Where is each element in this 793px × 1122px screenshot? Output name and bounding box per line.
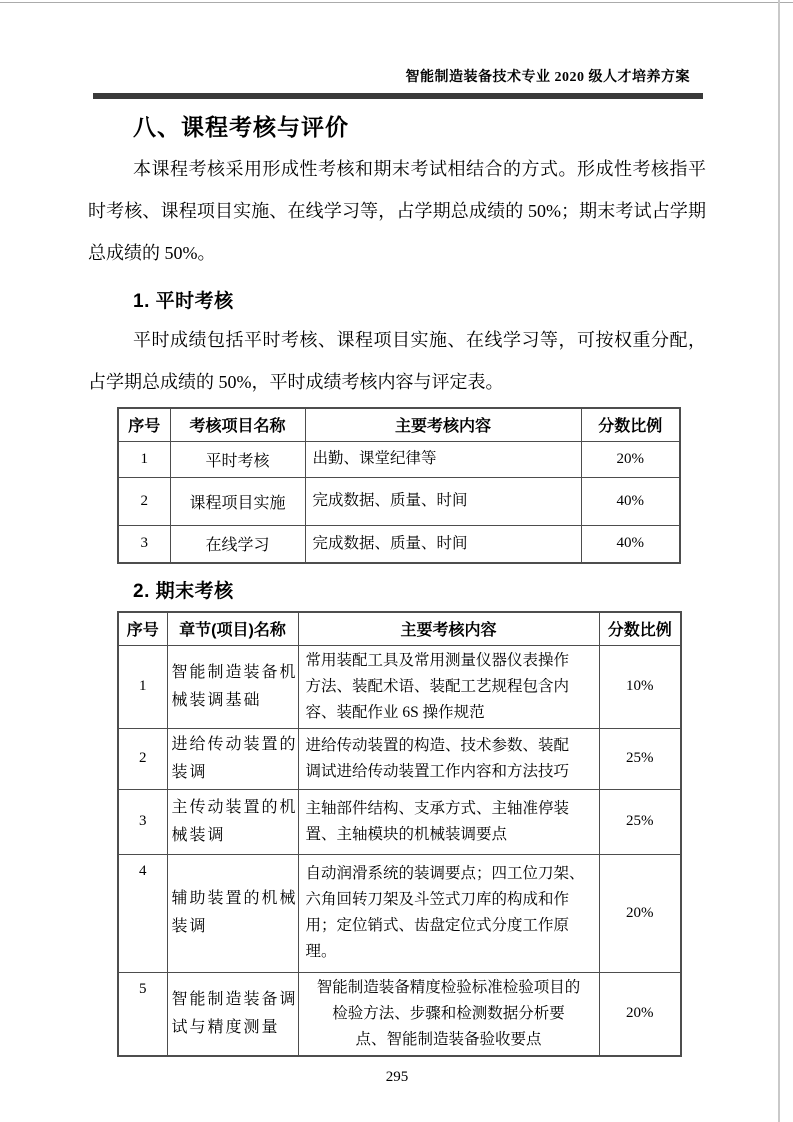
cell-index: 1 bbox=[118, 441, 170, 477]
cell-index: 3 bbox=[118, 789, 167, 854]
col-header-item-name: 考核项目名称 bbox=[170, 408, 305, 441]
cell-name: 智能制造装备调 试与精度测量 bbox=[167, 972, 298, 1056]
cell-ratio: 25% bbox=[599, 789, 681, 854]
table-row: 3 主传动装置的机 械装调 主轴部件结构、支承方式、主轴准停装 置、主轴模块的机… bbox=[118, 789, 681, 854]
final-assessment-table: 序号 章节(项目)名称 主要考核内容 分数比例 1 智能制造装备机 械装调基础 … bbox=[117, 611, 682, 1057]
table-row: 2 课程项目实施 完成数据、质量、时间 40% bbox=[118, 477, 680, 525]
col-header-ratio: 分数比例 bbox=[581, 408, 680, 441]
cell-ratio: 20% bbox=[581, 441, 680, 477]
page-number: 295 bbox=[88, 1069, 706, 1086]
col-header-content: 主要考核内容 bbox=[298, 612, 599, 645]
daily-assessment-table: 序号 考核项目名称 主要考核内容 分数比例 1 平时考核 出勤、课堂纪律等 20… bbox=[117, 407, 681, 564]
table-row: 1 平时考核 出勤、课堂纪律等 20% bbox=[118, 441, 680, 477]
cell-name: 主传动装置的机 械装调 bbox=[167, 789, 298, 854]
cell-ratio: 20% bbox=[599, 854, 681, 972]
cell-name: 进给传动装置的 装调 bbox=[167, 728, 298, 789]
table-row: 1 智能制造装备机 械装调基础 常用装配工具及常用测量仪器仪表操作 方法、装配术… bbox=[118, 645, 681, 728]
cell-index: 2 bbox=[118, 728, 167, 789]
table-header-row: 序号 章节(项目)名称 主要考核内容 分数比例 bbox=[118, 612, 681, 645]
cell-ratio: 40% bbox=[581, 477, 680, 525]
cell-name: 智能制造装备机 械装调基础 bbox=[167, 645, 298, 728]
final-assessment-heading: 2. 期末考核 bbox=[133, 576, 706, 603]
section-heading: 八、课程考核与评价 bbox=[133, 109, 706, 142]
cell-ratio: 10% bbox=[599, 645, 681, 728]
cell-name: 在线学习 bbox=[170, 525, 305, 563]
cell-index: 3 bbox=[118, 525, 170, 563]
cell-name: 辅助装置的机械 装调 bbox=[167, 854, 298, 972]
cell-index: 2 bbox=[118, 477, 170, 525]
cell-content: 常用装配工具及常用测量仪器仪表操作 方法、装配术语、装配工艺规程包含内 容、装配… bbox=[298, 645, 599, 728]
cell-name: 平时考核 bbox=[170, 441, 305, 477]
cell-content: 主轴部件结构、支承方式、主轴准停装 置、主轴模块的机械装调要点 bbox=[298, 789, 599, 854]
document-page: 智能制造装备技术专业 2020 级人才培养方案 八、课程考核与评价 本课程考核采… bbox=[0, 0, 793, 1122]
col-header-index: 序号 bbox=[118, 408, 170, 441]
cell-ratio: 25% bbox=[599, 728, 681, 789]
cell-content: 出勤、课堂纪律等 bbox=[305, 441, 581, 477]
col-header-index: 序号 bbox=[118, 612, 167, 645]
page-right-edge-line bbox=[778, 0, 780, 1122]
page-top-edge-line bbox=[0, 2, 793, 3]
section-paragraph: 本课程考核采用形成性考核和期末考试相结合的方式。形成性考核指平时考核、课程项目实… bbox=[88, 148, 706, 274]
cell-index: 1 bbox=[118, 645, 167, 728]
col-header-ratio: 分数比例 bbox=[599, 612, 681, 645]
cell-content: 完成数据、质量、时间 bbox=[305, 477, 581, 525]
cell-ratio: 20% bbox=[599, 972, 681, 1056]
page-header-title: 智能制造装备技术专业 2020 级人才培养方案 bbox=[88, 70, 706, 86]
daily-assessment-paragraph: 平时成绩包括平时考核、课程项目实施、在线学习等，可按权重分配，占学期总成绩的 5… bbox=[88, 319, 706, 403]
cell-name: 课程项目实施 bbox=[170, 477, 305, 525]
table-row: 4 辅助装置的机械 装调 自动润滑系统的装调要点；四工位刀架、 六角回转刀架及斗… bbox=[118, 854, 681, 972]
page-content: 智能制造装备技术专业 2020 级人才培养方案 八、课程考核与评价 本课程考核采… bbox=[0, 0, 793, 1086]
col-header-content: 主要考核内容 bbox=[305, 408, 581, 441]
cell-content: 进给传动装置的构造、技术参数、装配 调试进给传动装置工作内容和方法技巧 bbox=[298, 728, 599, 789]
table-row: 5 智能制造装备调 试与精度测量 智能制造装备精度检验标准检验项目的 检验方法、… bbox=[118, 972, 681, 1056]
table-row: 2 进给传动装置的 装调 进给传动装置的构造、技术参数、装配 调试进给传动装置工… bbox=[118, 728, 681, 789]
cell-content: 智能制造装备精度检验标准检验项目的 检验方法、步骤和检测数据分析要 点、智能制造… bbox=[298, 972, 599, 1056]
daily-assessment-heading: 1. 平时考核 bbox=[133, 286, 706, 313]
table-header-row: 序号 考核项目名称 主要考核内容 分数比例 bbox=[118, 408, 680, 441]
cell-content: 自动润滑系统的装调要点；四工位刀架、 六角回转刀架及斗笠式刀库的构成和作 用；定… bbox=[298, 854, 599, 972]
cell-ratio: 40% bbox=[581, 525, 680, 563]
header-rule bbox=[93, 93, 703, 99]
table-row: 3 在线学习 完成数据、质量、时间 40% bbox=[118, 525, 680, 563]
cell-content: 完成数据、质量、时间 bbox=[305, 525, 581, 563]
cell-index: 4 bbox=[118, 854, 167, 972]
col-header-chapter-name: 章节(项目)名称 bbox=[167, 612, 298, 645]
cell-index: 5 bbox=[118, 972, 167, 1056]
